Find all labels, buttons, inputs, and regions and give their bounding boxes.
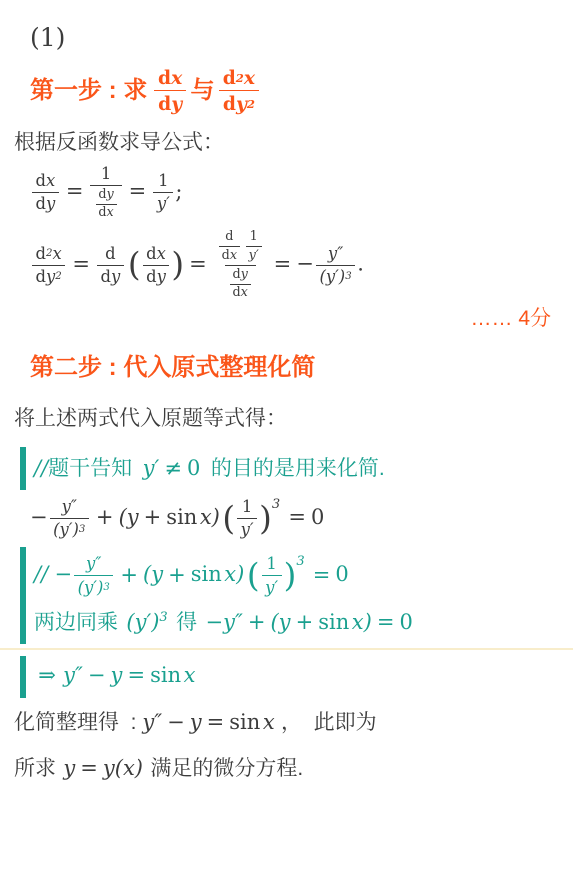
solution-content: (1) 第一步 : 求dxdy与d2xdy2 根据反函数求导公式： dxdy=1…: [0, 0, 573, 783]
step1-heading: 第一步 : 求dxdy与d2xdy2: [30, 68, 557, 115]
teal-note-hint: //题干告知y′≠0的目的是用来化简.: [20, 447, 557, 490]
note-derivation-line1: //−y″(y′)3+(y+sinx)(1y′)3=0: [34, 555, 557, 596]
teal-note-derivation: //−y″(y′)3+(y+sinx)(1y′)3=0 两边同乘(y′)3得−y…: [20, 547, 557, 643]
formula-substituted: −y″(y′)3+(y+sinx)(1y′)3=0: [30, 498, 557, 539]
note-derivation-line2: 两边同乘(y′)3得−y″+(y+sinx)=0: [34, 609, 557, 636]
step2-intro: 将上述两式代入原题等式得：: [14, 405, 557, 433]
conclusion-line1: 化简整理得 : y″−y=sinx， 此即为: [14, 708, 557, 737]
score-badge: …… 4分: [14, 305, 551, 332]
part-label: (1): [30, 24, 557, 52]
note-result-line: ⇒y″−y=sinx: [34, 662, 557, 688]
step1-intro: 根据反函数求导公式：: [14, 129, 557, 157]
note-hint-line: //题干告知y′≠0的目的是用来化简.: [34, 455, 557, 482]
formula-d2xdy2: d2xdy2=ddy(dxdy)=ddx1y′dydx=−y″(y′)3.: [30, 230, 557, 300]
step2-heading: 第二步 : 代入原式整理化简: [30, 354, 557, 383]
teal-note-result: ⇒y″−y=sinx: [20, 656, 557, 698]
section-divider: [0, 648, 573, 650]
conclusion-line2: 所求y=y(x)满足的微分方程.: [14, 754, 557, 783]
solution-page: (1) 第一步 : 求dxdy与d2xdy2 根据反函数求导公式： dxdy=1…: [0, 0, 573, 894]
formula-dxdy: dxdy=1dydx=1y′;: [30, 165, 557, 221]
